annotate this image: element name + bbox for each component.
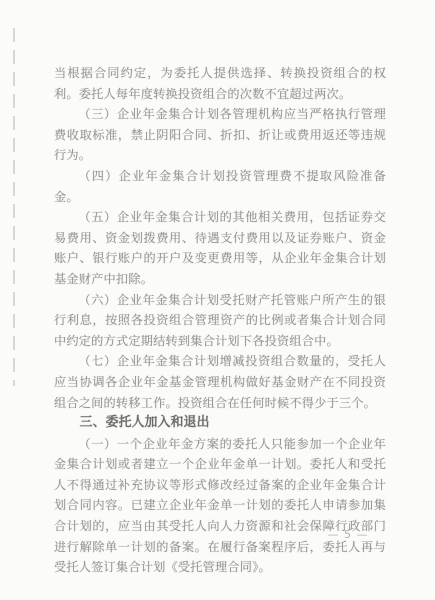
paragraph-section-item-1: （一）一个企业年金方案的委托人只能参加一个企业年金集合计划或者建立一个企业年金单… [54, 434, 386, 578]
paragraph-item-5: （五）企业年金集合计划的其他相关费用，包括证券交易费用、资金划拨费用、待遇支付费… [54, 207, 386, 289]
paragraph-item-3: （三）企业年金集合计划各管理机构应当严格执行管理费收取标准，禁止阴阳合同、折扣、… [54, 104, 386, 166]
scan-edge-artifact [13, 28, 15, 386]
document-body: 当根据合同约定，为委托人提供选择、转换投资组合的权利。委托人每年度转换投资组合的… [54, 63, 386, 578]
paragraph-item-4: （四）企业年金集合计划投资管理费不提取风险准备金。 [54, 166, 386, 207]
paragraph-item-6: （六）企业年金集合计划受托财产托管账户所产生的银行利息，按照各投资组合管理资产的… [54, 290, 386, 352]
paragraph-continuation: 当根据合同约定，为委托人提供选择、转换投资组合的权利。委托人每年度转换投资组合的… [54, 63, 386, 104]
document-page: 当根据合同约定，为委托人提供选择、转换投资组合的权利。委托人每年度转换投资组合的… [0, 0, 435, 600]
page-number: — 5 — [316, 528, 380, 541]
paragraph-item-7: （七）企业年金集合计划增减投资组合数量的，受托人应当协调各企业年金基金管理机构做… [54, 351, 386, 413]
section-heading: 三、委托人加入和退出 [54, 413, 386, 434]
